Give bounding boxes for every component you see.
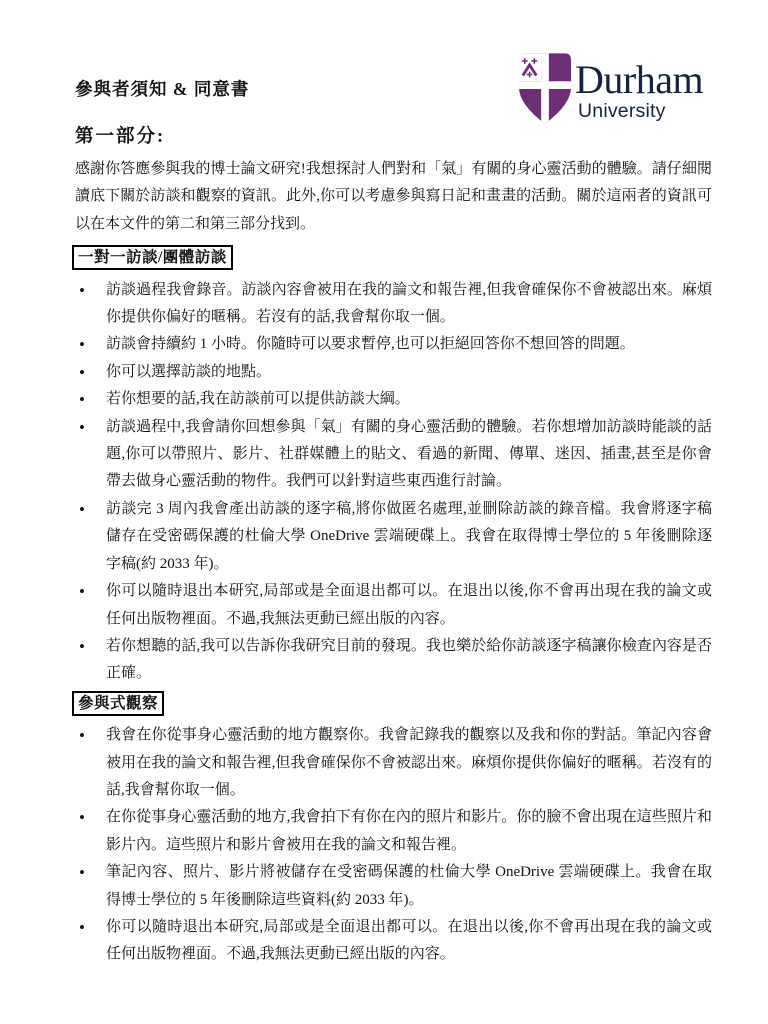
intro-paragraph: 感謝你答應參與我的博士論文研究!我想探討人們對和「氣」有關的身心靈活動的體驗。請…	[75, 156, 712, 238]
logo-wordmark-durham: Durham	[575, 60, 703, 100]
observation-bullet-1: 我會在你從事身心靈活動的地方觀察你。我會記錄我的觀察以及我和你的對話。筆記內容會…	[75, 722, 712, 804]
interview-bullet-5: 訪談過程中,我會請你回想參與「氣」有關的身心靈活動的體驗。若你想增加訪談時能談的…	[75, 414, 712, 496]
section-heading-row: 參與式觀察	[75, 691, 712, 718]
interview-bullet-3: 你可以選擇訪談的地點。	[75, 359, 712, 386]
interview-bullet-7: 你可以隨時退出本研究,局部或是全面退出都可以。在退出以後,你不會再出現在我的論文…	[75, 578, 712, 633]
interview-bullet-2: 訪談會持續約 1 小時。你隨時可以要求暫停,也可以拒絕回答你不想回答的問題。	[75, 331, 712, 358]
logo-wordmark-university: University	[578, 102, 703, 122]
document-body: 感謝你答應參與我的博士論文研究!我想探討人們對和「氣」有關的身心靈活動的體驗。請…	[75, 156, 712, 971]
document-title: 參與者須知 & 同意書	[75, 76, 249, 101]
interview-bullet-4: 若你想要的話,我在訪談前可以提供訪談大綱。	[75, 386, 712, 413]
interview-bullet-1: 訪談過程我會錄音。訪談內容會被用在我的論文和報告裡,但我會確保你不會被認出來。麻…	[75, 277, 712, 332]
observation-bullet-list: 我會在你從事身心靈活動的地方觀察你。我會記錄我的觀察以及我和你的對話。筆記內容會…	[75, 722, 712, 969]
observation-bullet-4: 你可以隨時退出本研究,局部或是全面退出都可以。在退出以後,你不會再出現在我的論文…	[75, 914, 712, 969]
section-heading-interviews: 一對一訪談/團體訪談	[72, 245, 233, 270]
section-heading-row: 一對一訪談/團體訪談	[75, 245, 712, 272]
durham-university-logo: Durham University	[518, 48, 714, 128]
observation-bullet-2: 在你從事身心靈活動的地方,我會拍下有你在內的照片和影片。你的臉不會出現在這些照片…	[75, 804, 712, 859]
part-one-heading: 第一部分:	[75, 122, 165, 148]
section-heading-observation: 參與式觀察	[72, 691, 164, 716]
interview-bullet-6: 訪談完 3 周內我會產出訪談的逐字稿,將你做匿名處理,並刪除訪談的錄音檔。我會將…	[75, 496, 712, 578]
logo-wordmark: Durham University	[575, 60, 703, 122]
observation-bullet-3: 筆記內容、照片、影片將被儲存在受密碼保護的杜倫大學 OneDrive 雲端硬碟上…	[75, 859, 712, 914]
interview-bullet-list: 訪談過程我會錄音。訪談內容會被用在我的論文和報告裡,但我會確保你不會被認出來。麻…	[75, 277, 712, 688]
durham-shield-icon	[518, 52, 572, 126]
interview-bullet-8: 若你想聽的話,我可以告訴你我研究目前的發現。我也樂於給你訪談逐字稿讓你檢查內容是…	[75, 633, 712, 688]
document-page: 參與者須知 & 同意書 Durham University	[0, 0, 768, 1024]
